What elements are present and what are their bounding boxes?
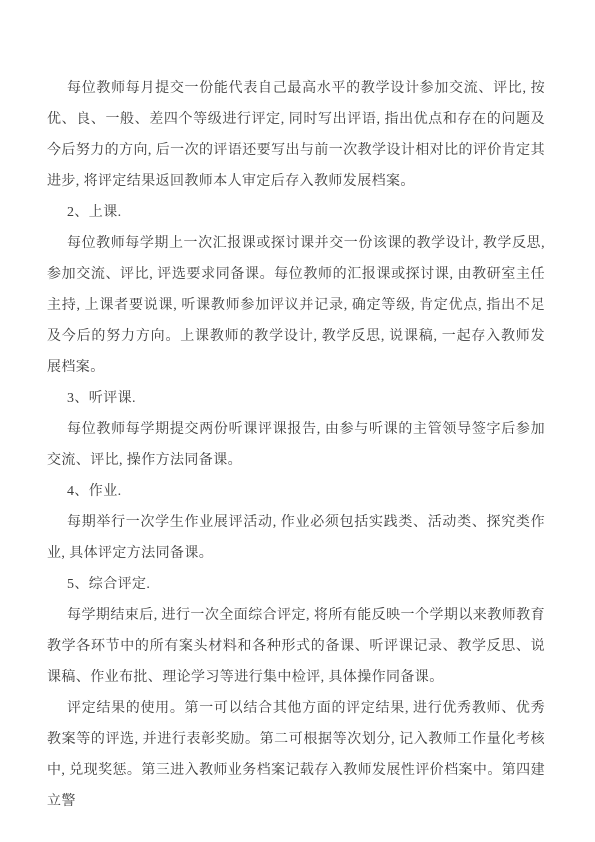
- document-page: 每位教师每月提交一份能代表自己最高水平的教学设计参加交流、评比, 按优、良、一般…: [0, 0, 595, 842]
- section-heading-tingpingke: 3、听评课.: [47, 383, 545, 414]
- section-heading-zonghe-pingding: 5、综合评定.: [47, 569, 545, 600]
- document-content: 每位教师每月提交一份能代表自己最高水平的教学设计参加交流、评比, 按优、良、一般…: [47, 73, 545, 817]
- paragraph-teaching-design: 每位教师每月提交一份能代表自己最高水平的教学设计参加交流、评比, 按优、良、一般…: [47, 73, 545, 197]
- paragraph-pingding-jieguo-shiyong: 评定结果的使用。第一可以结合其他方面的评定结果, 进行优秀教师、优秀教案等的评选…: [47, 693, 545, 817]
- paragraph-tingpingke: 每位教师每学期提交两份听课评课报告, 由参与听课的主管领导签字后参加交流、评比,…: [47, 414, 545, 476]
- paragraph-zonghe-pingding: 每学期结束后, 进行一次全面综合评定, 将所有能反映一个学期以来教师教育教学各环…: [47, 600, 545, 693]
- section-heading-zuoye: 4、作业.: [47, 476, 545, 507]
- paragraph-zuoye: 每期举行一次学生作业展评活动, 作业必须包括实践类、活动类、探究类作业, 具体评…: [47, 507, 545, 569]
- section-heading-shangke: 2、上课.: [47, 197, 545, 228]
- paragraph-shangke: 每位教师每学期上一次汇报课或探讨课并交一份该课的教学设计, 教学反思, 参加交流…: [47, 228, 545, 383]
